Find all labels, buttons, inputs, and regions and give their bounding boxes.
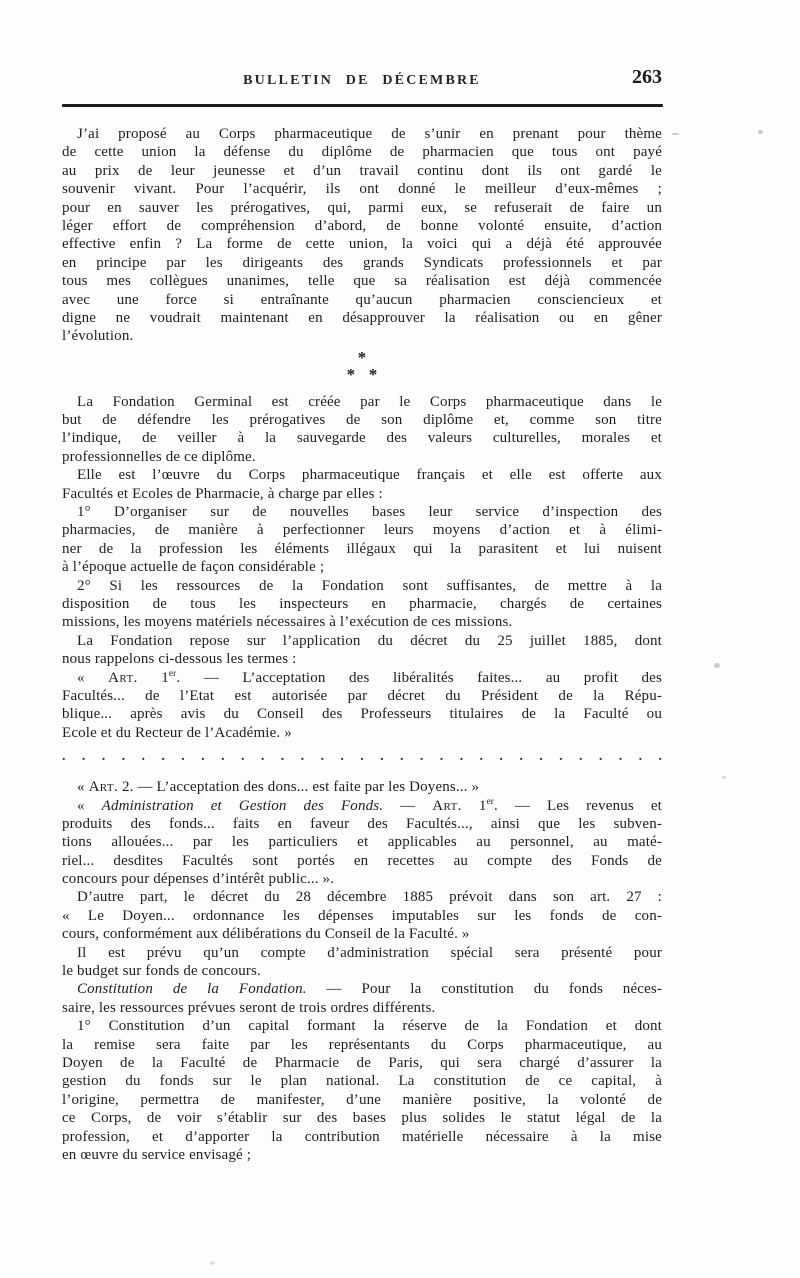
text-line: léger effort de compréhension d’abord, d… xyxy=(62,217,662,235)
paragraph: D’autre part, le décret du 28 décembre 1… xyxy=(62,888,662,943)
text-line: missions, les moyens matériels nécessair… xyxy=(62,613,662,631)
scan-artifact xyxy=(714,663,720,668)
text-line: digne ne voudrait maintenant en désappro… xyxy=(62,309,662,327)
header-rule xyxy=(62,104,663,107)
text-line: avec une force si entraînante qu’aucun p… xyxy=(62,291,662,309)
text-line: riel... desdites Facultés sont portés en… xyxy=(62,852,662,870)
text-line: pour en sauver les prérogatives, qui, pa… xyxy=(62,199,662,217)
paragraph: 1° Constitution d’un capital formant la … xyxy=(62,1017,662,1164)
text-line: 1° Constitution d’un capital formant la … xyxy=(62,1017,662,1035)
text-line: saire, les ressources prévues seront de … xyxy=(62,999,662,1017)
document-page: BULLETIN DE DÉCEMBRE 263 J’ai proposé au… xyxy=(0,0,800,1278)
text-line: La Fondation repose sur l’application du… xyxy=(62,632,662,650)
asterism-divider: ** * xyxy=(62,346,662,393)
text-line: 2° Si les ressources de la Fondation son… xyxy=(62,577,662,595)
text-line: Facultés et Ecoles de Pharmacie, à charg… xyxy=(62,485,662,503)
text-line: « Art. 2. — L’acceptation des dons... es… xyxy=(62,778,662,796)
text-line: effective enfin ? La forme de cette unio… xyxy=(62,235,662,253)
scan-artifact xyxy=(210,1261,215,1265)
paragraph: La Fondation Germinal est créée par le C… xyxy=(62,393,662,467)
text-line: Il est prévu qu’un compte d’administrati… xyxy=(62,944,662,962)
text-line: le budget sur fonds de concours. xyxy=(62,962,662,980)
paragraph: La Fondation repose sur l’application du… xyxy=(62,632,662,669)
text-line: D’autre part, le décret du 28 décembre 1… xyxy=(62,888,662,906)
asterisk-top: * xyxy=(62,349,662,366)
scan-artifact xyxy=(672,133,679,135)
paragraph: 2° Si les ressources de la Fondation son… xyxy=(62,577,662,632)
text-line: la remise sera faite par les représentan… xyxy=(62,1036,662,1054)
text-line: l’indique, de veiller à la sauvegarde de… xyxy=(62,429,662,447)
text-line: « Art. 1er. — L’acceptation des libérali… xyxy=(62,669,662,687)
scan-artifact xyxy=(758,130,763,134)
text-line: au prix de leur jeunesse et d’un travail… xyxy=(62,162,662,180)
text-line: Facultés... de l’Etat est autorisée par … xyxy=(62,687,662,705)
text-line: de cette union la défense du diplôme de … xyxy=(62,143,662,161)
text-line: concours pour dépenses d’intérêt public.… xyxy=(62,870,662,888)
text-line: professionnelles de ce diplôme. xyxy=(62,448,662,466)
paragraph: Elle est l’œuvre du Corps pharmaceutique… xyxy=(62,466,662,503)
text-line: Doyen de la Faculté de Pharmacie de Pari… xyxy=(62,1054,662,1072)
text-line: « Le Doyen... ordonnance les dépenses im… xyxy=(62,907,662,925)
page-number: 263 xyxy=(62,66,662,89)
text-line: 1° D’organiser sur de nouvelles bases le… xyxy=(62,503,662,521)
text-line: profession, et d’apporter la contributio… xyxy=(62,1128,662,1146)
body-text: J’ai proposé au Corps pharmaceutique de … xyxy=(62,125,662,1164)
text-line: cours, conformément aux délibérations du… xyxy=(62,925,662,943)
paragraph: Il est prévu qu’un compte d’administrati… xyxy=(62,944,662,981)
text-line: pharmacies, de manière à perfectionner l… xyxy=(62,521,662,539)
text-line: en œuvre du service envisagé ; xyxy=(62,1146,662,1164)
text-line: tous mes collègues unanimes, telle que s… xyxy=(62,272,662,290)
text-line: Elle est l’œuvre du Corps pharmaceutique… xyxy=(62,466,662,484)
text-line: nous rappelons ci-dessous les termes : xyxy=(62,650,662,668)
text-line: ce Corps, de voir s’établir sur des base… xyxy=(62,1109,662,1127)
asterisk-bottom: * * xyxy=(62,366,662,383)
paragraph: 1° D’organiser sur de nouvelles bases le… xyxy=(62,503,662,577)
text-line: J’ai proposé au Corps pharmaceutique de … xyxy=(62,125,662,143)
scan-artifact xyxy=(722,776,726,779)
text-line: ner de la profession les éléments illéga… xyxy=(62,540,662,558)
paragraph: « Art. 1er. — L’acceptation des libérali… xyxy=(62,669,662,743)
text-line: gestion du fonds sur le plan national. L… xyxy=(62,1072,662,1090)
dotted-line: . . . . . . . . . . . . . . . . . . . . … xyxy=(62,748,662,764)
paragraph: Constitution de la Fondation. — Pour la … xyxy=(62,980,662,1017)
paragraph: « Administration et Gestion des Fonds. —… xyxy=(62,797,662,889)
text-line: but de défendre les prérogatives de son … xyxy=(62,411,662,429)
text-line: disposition de tous les inspecteurs en p… xyxy=(62,595,662,613)
text-line: Ecole et du Recteur de l’Académie. » xyxy=(62,724,662,742)
text-line: « Administration et Gestion des Fonds. —… xyxy=(62,797,662,815)
text-line: l’origine, permettra de manifester, d’un… xyxy=(62,1091,662,1109)
text-line: produits des fonds... faits en faveur de… xyxy=(62,815,662,833)
text-line: Constitution de la Fondation. — Pour la … xyxy=(62,980,662,998)
text-line: en principe par les dirigeants des grand… xyxy=(62,254,662,272)
dotted-divider: . . . . . . . . . . . . . . . . . . . . … xyxy=(62,742,662,778)
text-line: La Fondation Germinal est créée par le C… xyxy=(62,393,662,411)
text-line: l’évolution. xyxy=(62,327,662,345)
paragraph: « Art. 2. — L’acceptation des dons... es… xyxy=(62,778,662,796)
text-line: souvenir vivant. Pour l’acquérir, ils on… xyxy=(62,180,662,198)
text-line: tions allouées... par les particuliers e… xyxy=(62,833,662,851)
paragraph: J’ai proposé au Corps pharmaceutique de … xyxy=(62,125,662,346)
text-line: blique... après avis du Conseil des Prof… xyxy=(62,705,662,723)
text-line: à l’époque actuelle de façon considérabl… xyxy=(62,558,662,576)
